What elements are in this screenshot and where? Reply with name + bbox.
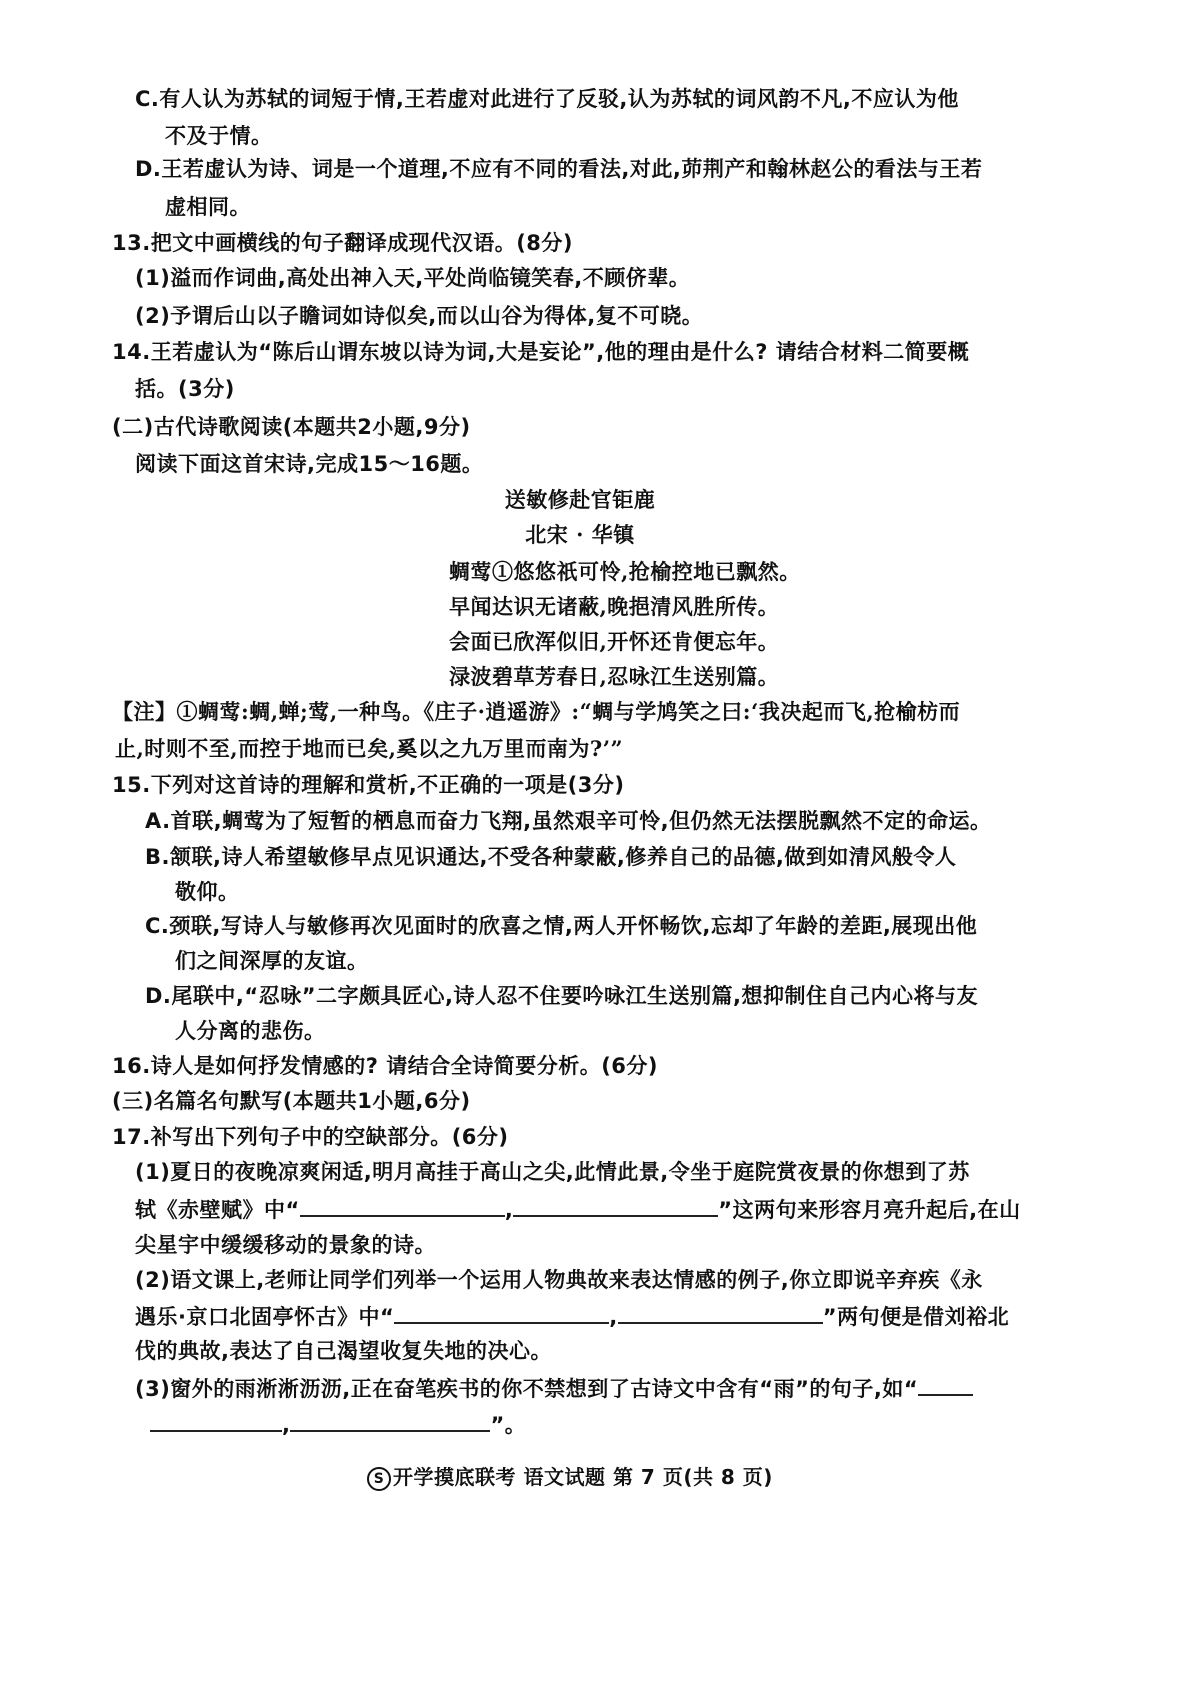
q17-item2-blank-2[interactable]: [618, 1300, 823, 1324]
q13-item-2: (2)予谓后山以子瞻词如诗似矣,而以山谷为得体,复不可晓。: [135, 301, 703, 331]
q17-item3-comma: ,: [282, 1413, 290, 1437]
q15-option-a: A.首联,蜩莺为了短暂的栖息而奋力飞翔,虽然艰辛可怜,但仍然无法摆脱飘然不定的命…: [145, 806, 992, 836]
poem-line-4: 渌波碧草芳春日,忍咏江生送别篇。: [449, 662, 779, 692]
q17-item3-suffix: ”。: [490, 1413, 526, 1437]
q17-item3-blank-2[interactable]: [290, 1408, 490, 1432]
q17-item2-line2: 遇乐·京口北固亭怀古》中“,”两句便是借刘裕北: [135, 1300, 1009, 1332]
q12-option-c-line1: C.有人认为苏轼的词短于情,王若虚对此进行了反驳,认为苏轼的词风韵不凡,不应认为…: [135, 84, 959, 114]
q13-item-1: (1)溢而作词曲,高处出神入天,平处尚临镜笑春,不顾侪辈。: [135, 263, 690, 293]
q17-item3-blank-1a[interactable]: [918, 1372, 973, 1396]
q17-item2-line1: (2)语文课上,老师让同学们列举一个运用人物典故来表达情感的例子,你立即说辛弃疾…: [135, 1265, 983, 1295]
q16-stem: 16.诗人是如何抒发情感的? 请结合全诗简要分析。(6分): [112, 1051, 658, 1081]
q13-stem: 13.把文中画横线的句子翻译成现代汉语。(8分): [112, 228, 573, 258]
section-2-instruction: 阅读下面这首宋诗,完成15～16题。: [135, 449, 483, 479]
q15-stem: 15.下列对这首诗的理解和赏析,不正确的一项是(3分): [112, 770, 624, 800]
q15-option-b-line1: B.颔联,诗人希望敏修早点见识通达,不受各种蒙蔽,修养自己的品德,做到如清风般令…: [145, 842, 956, 872]
exam-badge-icon: S: [367, 1467, 391, 1491]
q14-line1: 14.王若虚认为“陈后山谓东坡以诗为词,大是妄论”,他的理由是什么? 请结合材料…: [112, 337, 969, 367]
poem-line-2: 早闻达识无诸蔽,晚挹清风胜所传。: [449, 592, 779, 622]
poem-author: 北宋 · 华镇: [0, 520, 1180, 550]
q17-item3-line2: ,”。: [150, 1408, 526, 1440]
q17-item2-comma: ,: [609, 1305, 617, 1329]
q17-item3-blank-1b[interactable]: [150, 1408, 282, 1432]
q14-line2: 括。(3分): [135, 374, 235, 404]
q15-option-d-line2: 人分离的悲伤。: [175, 1016, 326, 1046]
poem-title: 送敏修赴官钜鹿: [0, 485, 1180, 515]
q15-option-c-line2: 们之间深厚的友谊。: [175, 946, 369, 976]
q17-item1-blank-1[interactable]: [300, 1193, 505, 1217]
footer-text: 开学摸底联考 语文试题 第 7 页(共 8 页): [393, 1465, 773, 1489]
poem-note-line2: 止,时则不至,而控于地而已矣,奚以之九万里而南为?’”: [115, 734, 623, 764]
q12-option-d-line1: D.王若虚认为诗、词是一个道理,不应有不同的看法,对此,茆荆产和翰林赵公的看法与…: [135, 154, 982, 184]
section-3-heading: (三)名篇名句默写(本题共1小题,6分): [112, 1086, 471, 1116]
q17-item3-prefix: (3)窗外的雨淅淅沥沥,正在奋笔疾书的你不禁想到了古诗文中含有“雨”的句子,如“: [135, 1377, 918, 1401]
q12-option-c-line2: 不及于情。: [165, 121, 273, 151]
page-footer: S开学摸底联考 语文试题 第 7 页(共 8 页): [0, 1462, 1170, 1492]
q17-item2-line3: 伐的典故,表达了自己渴望收复失地的决心。: [135, 1336, 552, 1366]
q15-option-d-line1: D.尾联中,“忍咏”二字颇具匠心,诗人忍不住要吟咏江生送别篇,想抑制住自己内心将…: [145, 981, 978, 1011]
q17-item3-line1: (3)窗外的雨淅淅沥沥,正在奋笔疾书的你不禁想到了古诗文中含有“雨”的句子,如“: [135, 1372, 973, 1404]
q17-item1-line3: 尖星宇中缓缓移动的景象的诗。: [135, 1230, 436, 1260]
q15-option-b-line2: 敬仰。: [175, 877, 240, 907]
q17-item1-line2: 轼《赤壁赋》中“,”这两句来形容月亮升起后,在山: [135, 1193, 1021, 1225]
q17-stem: 17.补写出下列句子中的空缺部分。(6分): [112, 1122, 509, 1152]
q17-item1-prefix: 轼《赤壁赋》中“: [135, 1198, 300, 1222]
poem-line-1: 蜩莺①悠悠祇可怜,抢榆控地已飘然。: [449, 557, 801, 587]
q15-option-c-line1: C.颈联,写诗人与敏修再次见面时的欣喜之情,两人开怀畅饮,忘却了年龄的差距,展现…: [145, 911, 977, 941]
poem-line-3: 会面已欣浑似旧,开怀还肯便忘年。: [449, 627, 779, 657]
q17-item1-line1: (1)夏日的夜晚凉爽闲适,明月高挂于高山之尖,此情此景,令坐于庭院赏夜景的你想到…: [135, 1157, 970, 1187]
q17-item2-blank-1[interactable]: [394, 1300, 609, 1324]
q17-item1-comma: ,: [505, 1198, 513, 1222]
exam-page: C.有人认为苏轼的词短于情,王若虚对此进行了反驳,认为苏轼的词风韵不凡,不应认为…: [0, 0, 1200, 1697]
q17-item2-prefix: 遇乐·京口北固亭怀古》中“: [135, 1305, 394, 1329]
q12-option-d-line2: 虚相同。: [165, 192, 251, 222]
section-2-heading: (二)古代诗歌阅读(本题共2小题,9分): [112, 412, 471, 442]
q17-item2-suffix: ”两句便是借刘裕北: [823, 1305, 1009, 1329]
q17-item1-suffix: ”这两句来形容月亮升起后,在山: [718, 1198, 1020, 1222]
q17-item1-blank-2[interactable]: [513, 1193, 718, 1217]
poem-note-line1: 【注】①蜩莺:蜩,蝉;莺,一种鸟。《庄子·逍遥游》:“蜩与学鸠笑之曰:‘我决起而…: [112, 697, 960, 727]
